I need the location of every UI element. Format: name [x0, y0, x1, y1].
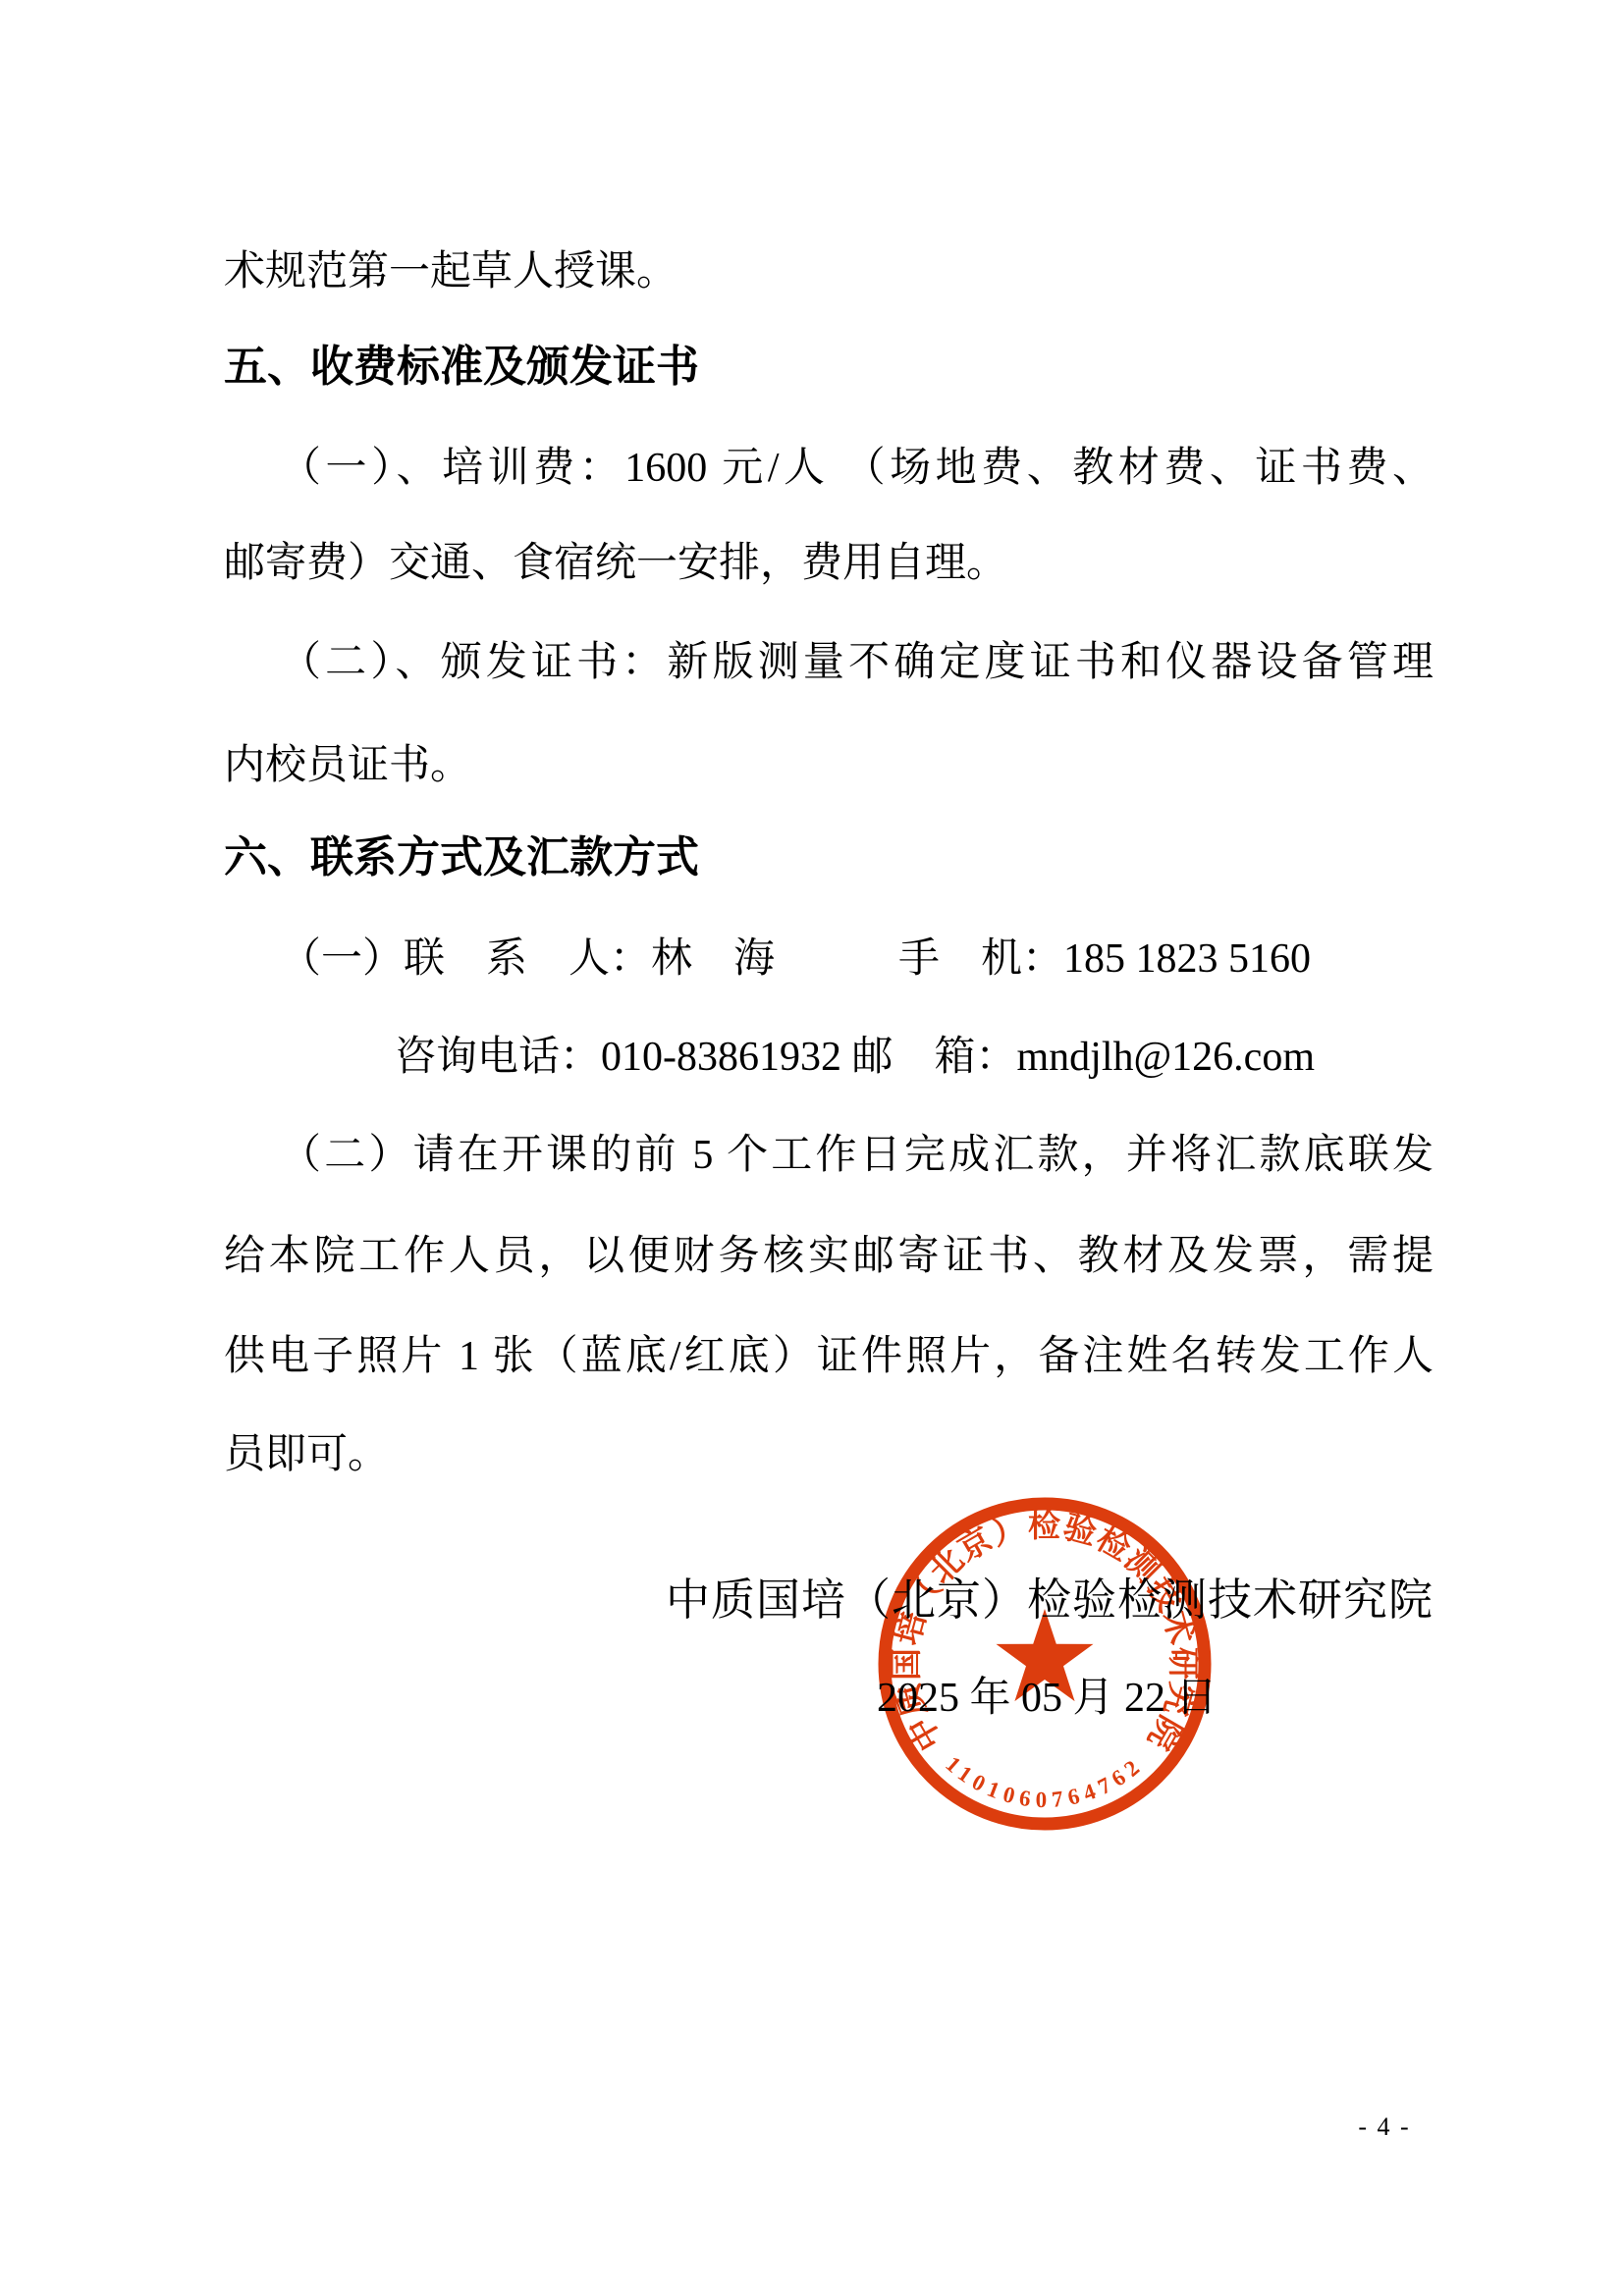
section6-remit-line2: 给本院工作人员，以便财务核实邮寄证书、教材及发票，需提 — [224, 1229, 1434, 1284]
section6-remit-line1: （二）请在开课的前 5 个工作日完成汇款，并将汇款底联发 — [224, 1128, 1434, 1183]
signature-date: 2025 年 05 月 22 日 — [877, 1665, 1218, 1724]
section6-contact-line2: 咨询电话：010-83861932 邮 箱：mndjlh@126.com — [395, 1030, 1434, 1085]
section6-remit-line4: 员即可。 — [224, 1427, 1434, 1482]
signature-organization: 中质国培（北京）检验检测技术研究院 — [224, 1573, 1434, 1628]
official-seal: 中质国培（北京）检验检测技术研究院 1101060764762 — [856, 1475, 1233, 1852]
section6-remit-line3: 供电子照片 1 张（蓝底/红底）证件照片，备注姓名转发工作人 — [224, 1329, 1434, 1384]
body-line-continuation: 术规范第一起草人授课。 — [224, 244, 1434, 299]
section5-item1-line2: 邮寄费）交通、食宿统一安排，费用自理。 — [224, 536, 1434, 591]
section5-item1-line1: （一）、培训费：1600 元/人 （场地费、教材费、证书费、 — [224, 441, 1434, 496]
document-page: 术规范第一起草人授课。 五、收费标准及颁发证书 （一）、培训费：1600 元/人… — [0, 0, 1624, 2296]
section5-item2-line2: 内校员证书。 — [224, 738, 1434, 793]
section6-heading: 六、联系方式及汇款方式 — [224, 830, 1434, 885]
section5-heading: 五、收费标准及颁发证书 — [224, 340, 1434, 395]
section5-item2-line1: （二）、颁发证书：新版测量不确定度证书和仪器设备管理 — [224, 635, 1434, 690]
page-number: - 4 - — [1340, 2112, 1429, 2142]
section6-contact-line1: （一）联 系 人：林 海 手 机：185 1823 5160 — [224, 932, 1434, 987]
